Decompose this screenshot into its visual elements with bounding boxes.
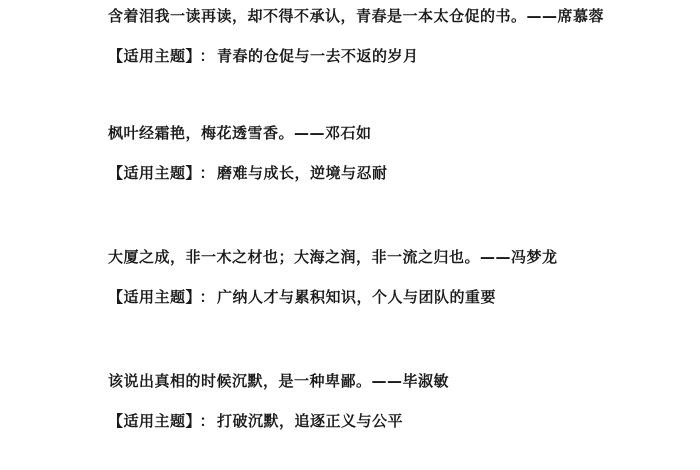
quote-block: 该说出真相的时候沉默，是一种卑鄙。——毕淑敏 【适用主题】：打破沉默，追逐正义与… [108,372,670,430]
quote-block: 含着泪我一读再读，却不得不承认，青春是一本太仓促的书。——席慕蓉 【适用主题】：… [108,7,670,65]
theme-separator: ： [200,164,216,182]
quotes-document: 含着泪我一读再读，却不得不承认，青春是一本太仓促的书。——席慕蓉 【适用主题】：… [0,0,700,470]
quote-line: 该说出真相的时候沉默，是一种卑鄙。——毕淑敏 [108,372,670,390]
quote-line: 枫叶经霜艳，梅花透雪香。——邓石如 [108,124,670,142]
theme-text: 广纳人才与累积知识，个人与团队的重要 [217,288,496,306]
quote-attribution: ——邓石如 [294,124,372,142]
quote-attribution: ——冯梦龙 [480,248,558,266]
quote-block: 枫叶经霜艳，梅花透雪香。——邓石如 【适用主题】：磨难与成长，逆境与忍耐 [108,124,670,182]
theme-text: 青春的仓促与一去不返的岁月 [217,47,419,65]
quote-attribution: ——席慕蓉 [527,7,605,25]
quote-text: 该说出真相的时候沉默，是一种卑鄙。 [108,372,372,390]
quote-block: 大厦之成，非一木之材也；大海之润，非一流之归也。——冯梦龙 【适用主题】：广纳人… [108,248,670,306]
theme-text: 打破沉默，追逐正义与公平 [217,412,403,430]
quote-text: 含着泪我一读再读，却不得不承认，青春是一本太仓促的书。 [108,7,527,25]
theme-line: 【适用主题】：打破沉默，追逐正义与公平 [108,412,670,430]
theme-separator: ： [200,288,216,306]
theme-line: 【适用主题】：广纳人才与累积知识，个人与团队的重要 [108,288,670,306]
theme-separator: ： [200,47,216,65]
theme-line: 【适用主题】：磨难与成长，逆境与忍耐 [108,164,670,182]
theme-line: 【适用主题】：青春的仓促与一去不返的岁月 [108,47,670,65]
quote-text: 大厦之成，非一木之材也；大海之润，非一流之归也。 [108,248,480,266]
theme-label: 【适用主题】 [108,412,194,430]
quote-attribution: ——毕淑敏 [372,372,450,390]
quote-line: 大厦之成，非一木之材也；大海之润，非一流之归也。——冯梦龙 [108,248,670,266]
theme-separator: ： [200,412,216,430]
quote-text: 枫叶经霜艳，梅花透雪香。 [108,124,294,142]
theme-text: 磨难与成长，逆境与忍耐 [217,164,388,182]
theme-label: 【适用主题】 [108,47,194,65]
quote-line: 含着泪我一读再读，却不得不承认，青春是一本太仓促的书。——席慕蓉 [108,7,670,25]
theme-label: 【适用主题】 [108,164,194,182]
theme-label: 【适用主题】 [108,288,194,306]
